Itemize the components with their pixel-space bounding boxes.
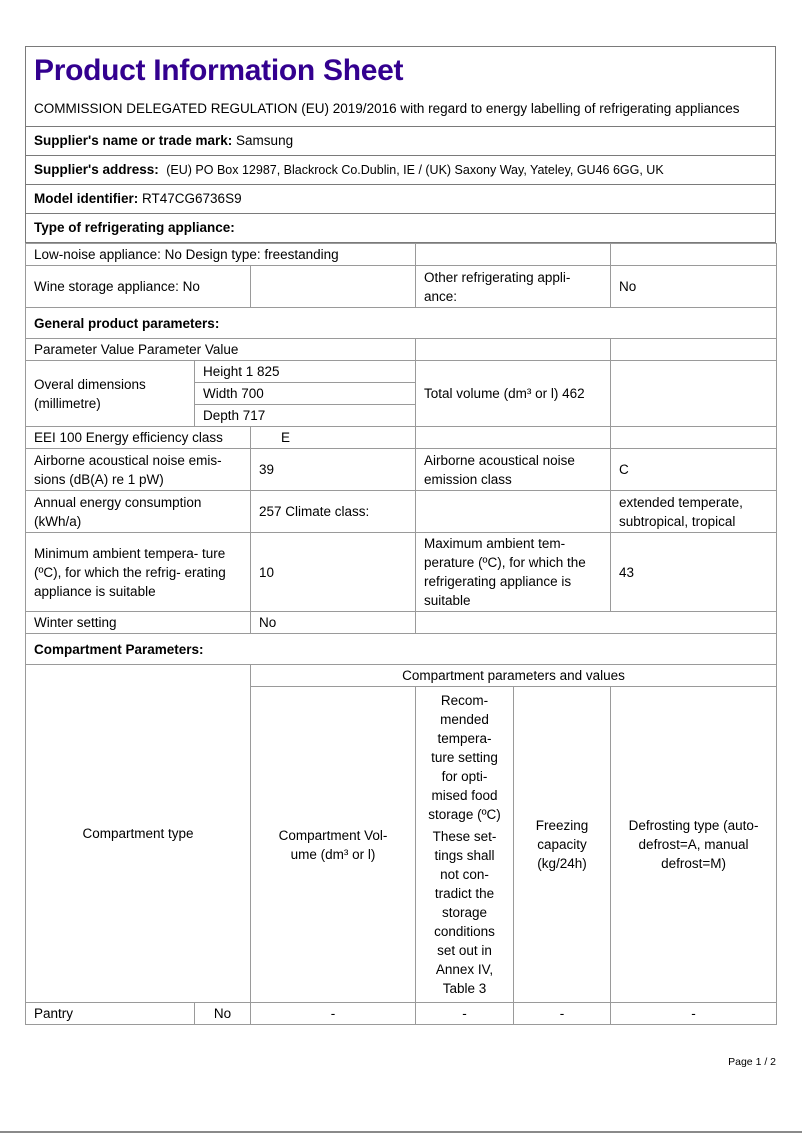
compartment-volume-header: Compartment Vol- ume (dm³ or l)	[251, 687, 416, 1003]
height-value: Height 1 825	[195, 361, 416, 383]
model-identifier-value: RT47CG6736S9	[142, 191, 242, 206]
freezing-capacity-header: Freezing capacity (kg/24h)	[514, 687, 611, 1003]
empty-cell	[416, 427, 611, 449]
appliance-type-heading: Type of refrigerating appliance:	[26, 214, 775, 243]
empty-cell	[611, 339, 777, 361]
winter-row: Winter setting No	[26, 612, 777, 634]
annual-energy-value: 257 Climate class:	[251, 491, 416, 533]
winter-value: No	[251, 612, 416, 634]
supplier-address-label: Supplier's address:	[34, 162, 159, 177]
supplier-address-row: Supplier's address: (EU) PO Box 12987, B…	[26, 156, 775, 185]
width-value: Width 700	[195, 383, 416, 405]
parameters-table: Low-noise appliance: No Design type: fre…	[25, 243, 777, 1025]
winter-label: Winter setting	[26, 612, 251, 634]
annual-energy-row: Annual energy consumption (kWh/a) 257 Cl…	[26, 491, 777, 533]
page-title: Product Information Sheet	[34, 53, 767, 89]
compartment-present: No	[195, 1003, 251, 1025]
empty-cell	[611, 427, 777, 449]
compartment-type-header: Compartment type	[26, 665, 251, 1003]
noise-emissions-value: 39	[251, 449, 416, 491]
min-temp-value: 10	[251, 533, 416, 612]
compartment-heading-row: Compartment Parameters:	[26, 634, 777, 665]
compartment-defrost: -	[611, 1003, 777, 1025]
depth-value: Depth 717	[195, 405, 416, 427]
energy-class-value: E	[251, 427, 416, 449]
param-header-row: Parameter Value Parameter Value	[26, 339, 777, 361]
compartment-volume: -	[251, 1003, 416, 1025]
empty-cell	[416, 612, 777, 634]
noise-class-label: Airborne acoustical noise emission class	[416, 449, 611, 491]
recommended-temp-header: Recom- mended tempera- ture setting for …	[416, 687, 514, 1003]
appliance-type-heading-text: Type of refrigerating appliance:	[34, 220, 235, 235]
page-bottom-rule	[0, 1131, 802, 1133]
compartment-type: Pantry	[26, 1003, 195, 1025]
empty-cell	[611, 361, 777, 427]
title-block: Product Information Sheet COMMISSION DEL…	[26, 47, 775, 127]
product-information-sheet: Product Information Sheet COMMISSION DEL…	[25, 46, 776, 1025]
low-noise-cell: Low-noise appliance: No Design type: fre…	[26, 244, 416, 266]
climate-class-value: extended temperate, subtropical, tropica…	[611, 491, 777, 533]
other-appliance-value: No	[611, 266, 777, 308]
max-temp-value: 43	[611, 533, 777, 612]
low-noise-row: Low-noise appliance: No Design type: fre…	[26, 244, 777, 266]
noise-class-value: C	[611, 449, 777, 491]
supplier-name-label: Supplier's name or trade mark:	[34, 133, 232, 148]
empty-cell	[611, 244, 777, 266]
compartment-params-header: Compartment parameters and values	[251, 665, 777, 687]
eei-row: EEI 100 Energy efficiency class E	[26, 427, 777, 449]
eei-label: EEI 100 Energy efficiency class	[26, 427, 251, 449]
ambient-temp-row: Minimum ambient tempera- ture (ºC), for …	[26, 533, 777, 612]
dimensions-label: Overal dimensions (millimetre)	[26, 361, 195, 427]
empty-cell	[251, 266, 416, 308]
wine-storage-cell: Wine storage appliance: No	[26, 266, 251, 308]
regulation-subtitle: COMMISSION DELEGATED REGULATION (EU) 201…	[34, 99, 767, 118]
compartment-header-row-1: Compartment type Compartment parameters …	[26, 665, 777, 687]
compartment-row: Pantry No - - - -	[26, 1003, 777, 1025]
compartment-freezing: -	[514, 1003, 611, 1025]
supplier-address-value: (EU) PO Box 12987, Blackrock Co.Dublin, …	[166, 163, 663, 177]
annual-energy-label: Annual energy consumption (kWh/a)	[26, 491, 251, 533]
general-parameters-heading: General product parameters:	[26, 308, 777, 339]
supplier-name-value: Samsung	[236, 133, 293, 148]
dimensions-row-height: Overal dimensions (millimetre) Height 1 …	[26, 361, 777, 383]
recommended-temp-note: These set- tings shall not con- tradict …	[428, 827, 501, 998]
wine-storage-row: Wine storage appliance: No Other refrige…	[26, 266, 777, 308]
defrosting-header: Defrosting type (auto-defrost=A, manual …	[611, 687, 777, 1003]
supplier-name-row: Supplier's name or trade mark: Samsung	[26, 127, 775, 156]
recommended-temp-text: Recom- mended tempera- ture setting for …	[428, 691, 501, 824]
noise-row: Airborne acoustical noise emis- sions (d…	[26, 449, 777, 491]
total-volume: Total volume (dm³ or l) 462	[416, 361, 611, 427]
other-appliance-label: Other refrigerating appli- ance:	[416, 266, 611, 308]
min-temp-label: Minimum ambient tempera- ture (ºC), for …	[26, 533, 251, 612]
param-header-cell: Parameter Value Parameter Value	[26, 339, 416, 361]
model-identifier-label: Model identifier:	[34, 191, 138, 206]
empty-cell	[416, 491, 611, 533]
empty-cell	[416, 339, 611, 361]
compartment-temp: -	[416, 1003, 514, 1025]
max-temp-label: Maximum ambient tem- perature (ºC), for …	[416, 533, 611, 612]
compartment-parameters-heading: Compartment Parameters:	[26, 634, 777, 665]
sheet-frame: Product Information Sheet COMMISSION DEL…	[25, 46, 776, 243]
page-number: Page 1 / 2	[728, 1056, 776, 1068]
noise-emissions-label: Airborne acoustical noise emis- sions (d…	[26, 449, 251, 491]
general-heading-row: General product parameters:	[26, 308, 777, 339]
model-identifier-row: Model identifier: RT47CG6736S9	[26, 185, 775, 214]
empty-cell	[416, 244, 611, 266]
